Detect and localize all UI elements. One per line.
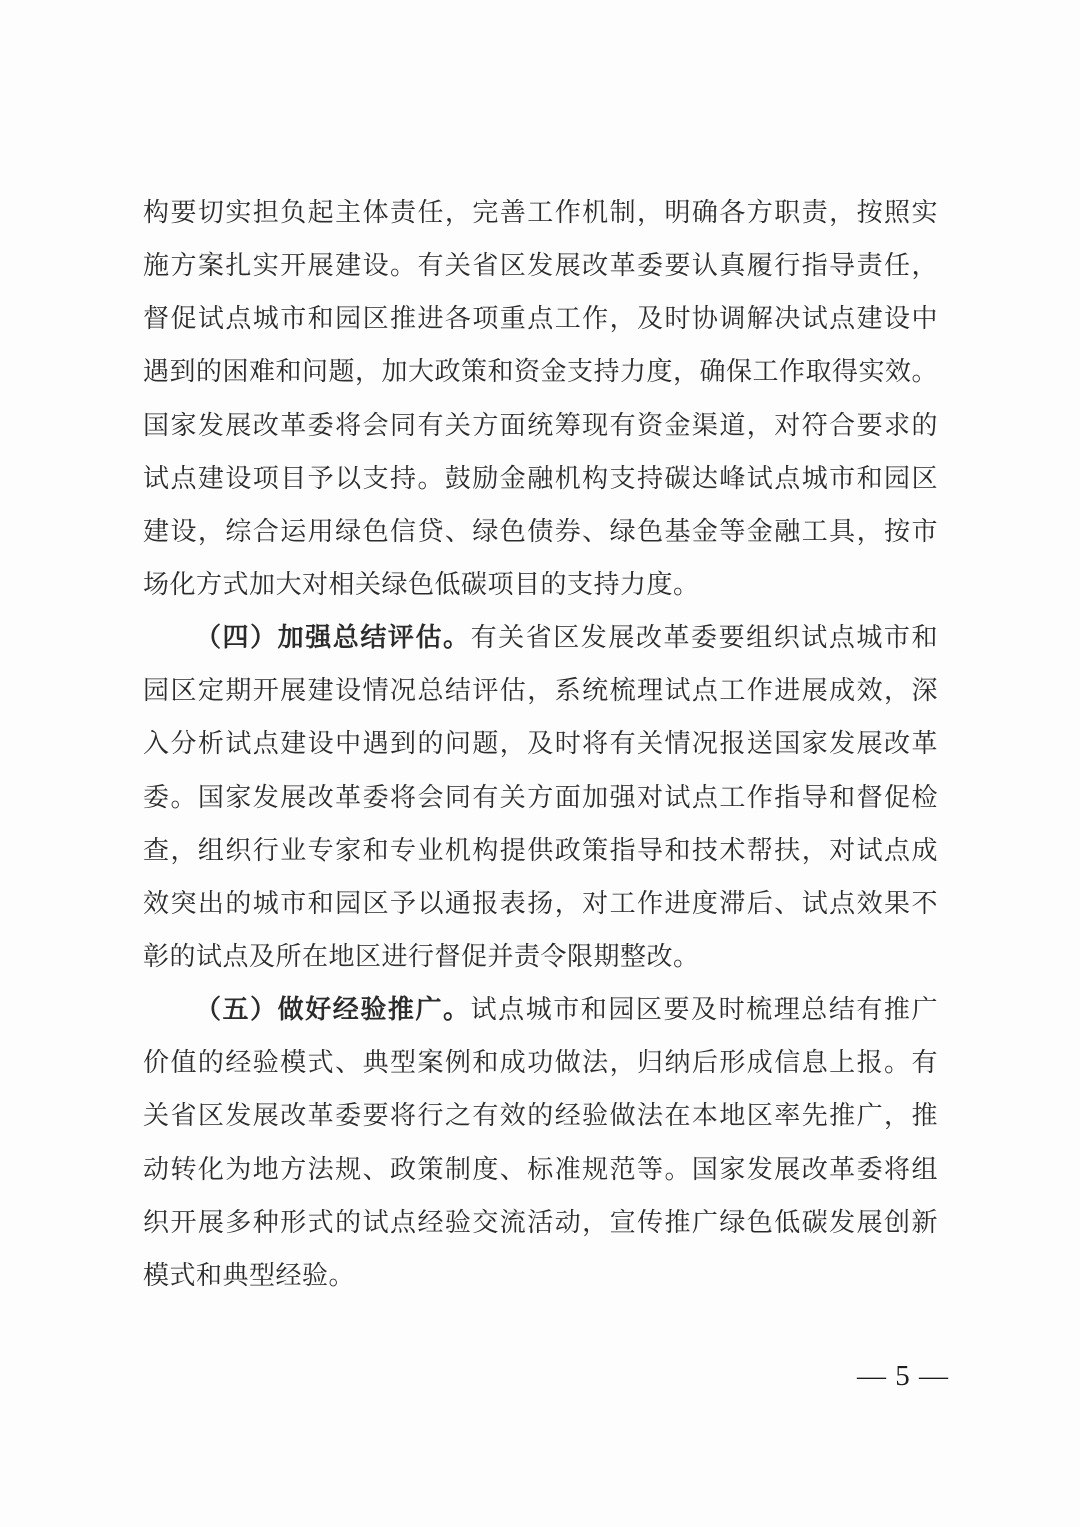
text-line-paragraph-end: 彰的试点及所在地区进行督促并责令限期整改。 <box>143 930 938 983</box>
text-line: 施方案扎实开展建设。有关省区发展改革委要认真履行指导责任， <box>143 239 938 292</box>
document-page: 构要切实担负起主体责任，完善工作机制，明确各方职责，按照实 施方案扎实开展建设。… <box>0 0 1080 1527</box>
text-run: 有关省区发展改革委要组织试点城市和 <box>471 623 938 652</box>
document-body: 构要切实担负起主体责任，完善工作机制，明确各方职责，按照实 施方案扎实开展建设。… <box>143 186 938 1302</box>
text-line-paragraph-end: 模式和典型经验。 <box>143 1249 938 1302</box>
text-line: 试点建设项目予以支持。鼓励金融机构支持碳达峰试点城市和园区 <box>143 452 938 505</box>
page-number: — 5 — <box>838 1356 968 1396</box>
section-5-heading: （五）做好经验推广。 <box>195 995 471 1024</box>
text-line: 动转化为地方法规、政策制度、标准规范等。国家发展改革委将组 <box>143 1143 938 1196</box>
text-line: 遇到的困难和问题，加大政策和资金支持力度，确保工作取得实效。 <box>143 345 938 398</box>
text-line: 价值的经验模式、典型案例和成功做法，归纳后形成信息上报。有 <box>143 1036 938 1089</box>
text-line: 入分析试点建设中遇到的问题，及时将有关情况报送国家发展改革 <box>143 717 938 770</box>
text-line: 建设，综合运用绿色信贷、绿色债券、绿色基金等金融工具，按市 <box>143 505 938 558</box>
text-line-paragraph-end: 场化方式加大对相关绿色低碳项目的支持力度。 <box>143 558 938 611</box>
text-run: 试点城市和园区要及时梳理总结有推广 <box>471 995 938 1024</box>
text-line: 构要切实担负起主体责任，完善工作机制，明确各方职责，按照实 <box>143 186 938 239</box>
text-line: 查，组织行业专家和专业机构提供政策指导和技术帮扶，对试点成 <box>143 824 938 877</box>
text-line: 关省区发展改革委要将行之有效的经验做法在本地区率先推广，推 <box>143 1089 938 1142</box>
text-line: 织开展多种形式的试点经验交流活动，宣传推广绿色低碳发展创新 <box>143 1196 938 1249</box>
text-line: 园区定期开展建设情况总结评估，系统梳理试点工作进展成效，深 <box>143 664 938 717</box>
section-4-heading: （四）加强总结评估。 <box>195 623 471 652</box>
text-line: 督促试点城市和园区推进各项重点工作，及时协调解决试点建设中 <box>143 292 938 345</box>
text-line: 效突出的城市和园区予以通报表扬，对工作进度滞后、试点效果不 <box>143 877 938 930</box>
section-4-heading-line: （四）加强总结评估。有关省区发展改革委要组织试点城市和 <box>143 611 938 664</box>
text-line: 委。国家发展改革委将会同有关方面加强对试点工作指导和督促检 <box>143 771 938 824</box>
text-line: 国家发展改革委将会同有关方面统筹现有资金渠道，对符合要求的 <box>143 399 938 452</box>
section-5-heading-line: （五）做好经验推广。试点城市和园区要及时梳理总结有推广 <box>143 983 938 1036</box>
